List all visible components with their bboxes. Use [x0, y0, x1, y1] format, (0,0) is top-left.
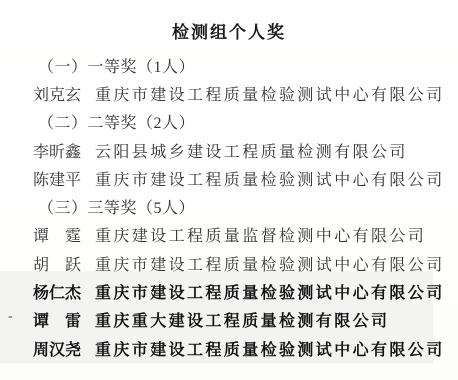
award-list: （一）一等奖（1人） 刘克玄 重庆市建设工程质量检验测试中心有限公司 （二）二等… — [0, 44, 458, 362]
winner-row: - 谭 雷 重庆重大建设工程质量检测有限公司 — [33, 306, 458, 334]
document-page: 检测组个人奖 （一）一等奖（1人） 刘克玄 重庆市建设工程质量检验测试中心有限公… — [0, 0, 458, 380]
winner-company: 重庆市建设工程质量检验测试中心有限公司 — [95, 252, 445, 275]
winner-row: 刘克玄 重庆市建设工程质量检验测试中心有限公司 — [33, 79, 458, 107]
section-heading-first-prize: （一）一等奖（1人） — [33, 51, 458, 79]
winner-row: 谭 霆 重庆建设工程质量监督检测中心有限公司 — [33, 221, 458, 249]
winner-name: 谭 雷 — [33, 308, 95, 331]
winner-name: 杨仁杰 — [33, 280, 95, 303]
winner-company: 云阳县城乡建设工程质量检测有限公司 — [95, 139, 408, 162]
winner-name: 刘克玄 — [33, 82, 95, 105]
winner-name: 周汉尧 — [33, 337, 95, 360]
winner-row: 杨仁杰 重庆市建设工程质量检验测试中心有限公司 — [33, 277, 458, 305]
winner-name: 谭 霆 — [33, 223, 95, 246]
winner-company: 重庆建设工程质量监督检测中心有限公司 — [95, 223, 426, 246]
winner-company: 重庆市建设工程质量检验测试中心有限公司 — [95, 280, 445, 303]
winner-company: 重庆市建设工程质量检验测试中心有限公司 — [95, 337, 445, 360]
margin-dash-mark: - — [8, 309, 13, 325]
winner-row: 周汉尧 重庆市建设工程质量检验测试中心有限公司 — [33, 334, 458, 362]
winner-company: 重庆市建设工程质量检验测试中心有限公司 — [95, 167, 445, 190]
winner-name: 陈建平 — [33, 167, 95, 190]
winner-name: 胡 跃 — [33, 252, 95, 275]
winner-row: 胡 跃 重庆市建设工程质量检验测试中心有限公司 — [33, 249, 458, 277]
page-title: 检测组个人奖 — [0, 0, 458, 44]
winner-row: 陈建平 重庆市建设工程质量检验测试中心有限公司 — [33, 164, 458, 192]
section-heading-second-prize: （二）二等奖（2人） — [33, 108, 458, 136]
winner-company: 重庆市建设工程质量检验测试中心有限公司 — [95, 82, 445, 105]
winner-row: 李昕鑫 云阳县城乡建设工程质量检测有限公司 — [33, 136, 458, 164]
winner-name: 李昕鑫 — [33, 139, 95, 162]
section-heading-third-prize: （三）三等奖（5人） — [33, 192, 458, 220]
winner-company: 重庆重大建设工程质量检测有限公司 — [95, 308, 389, 331]
